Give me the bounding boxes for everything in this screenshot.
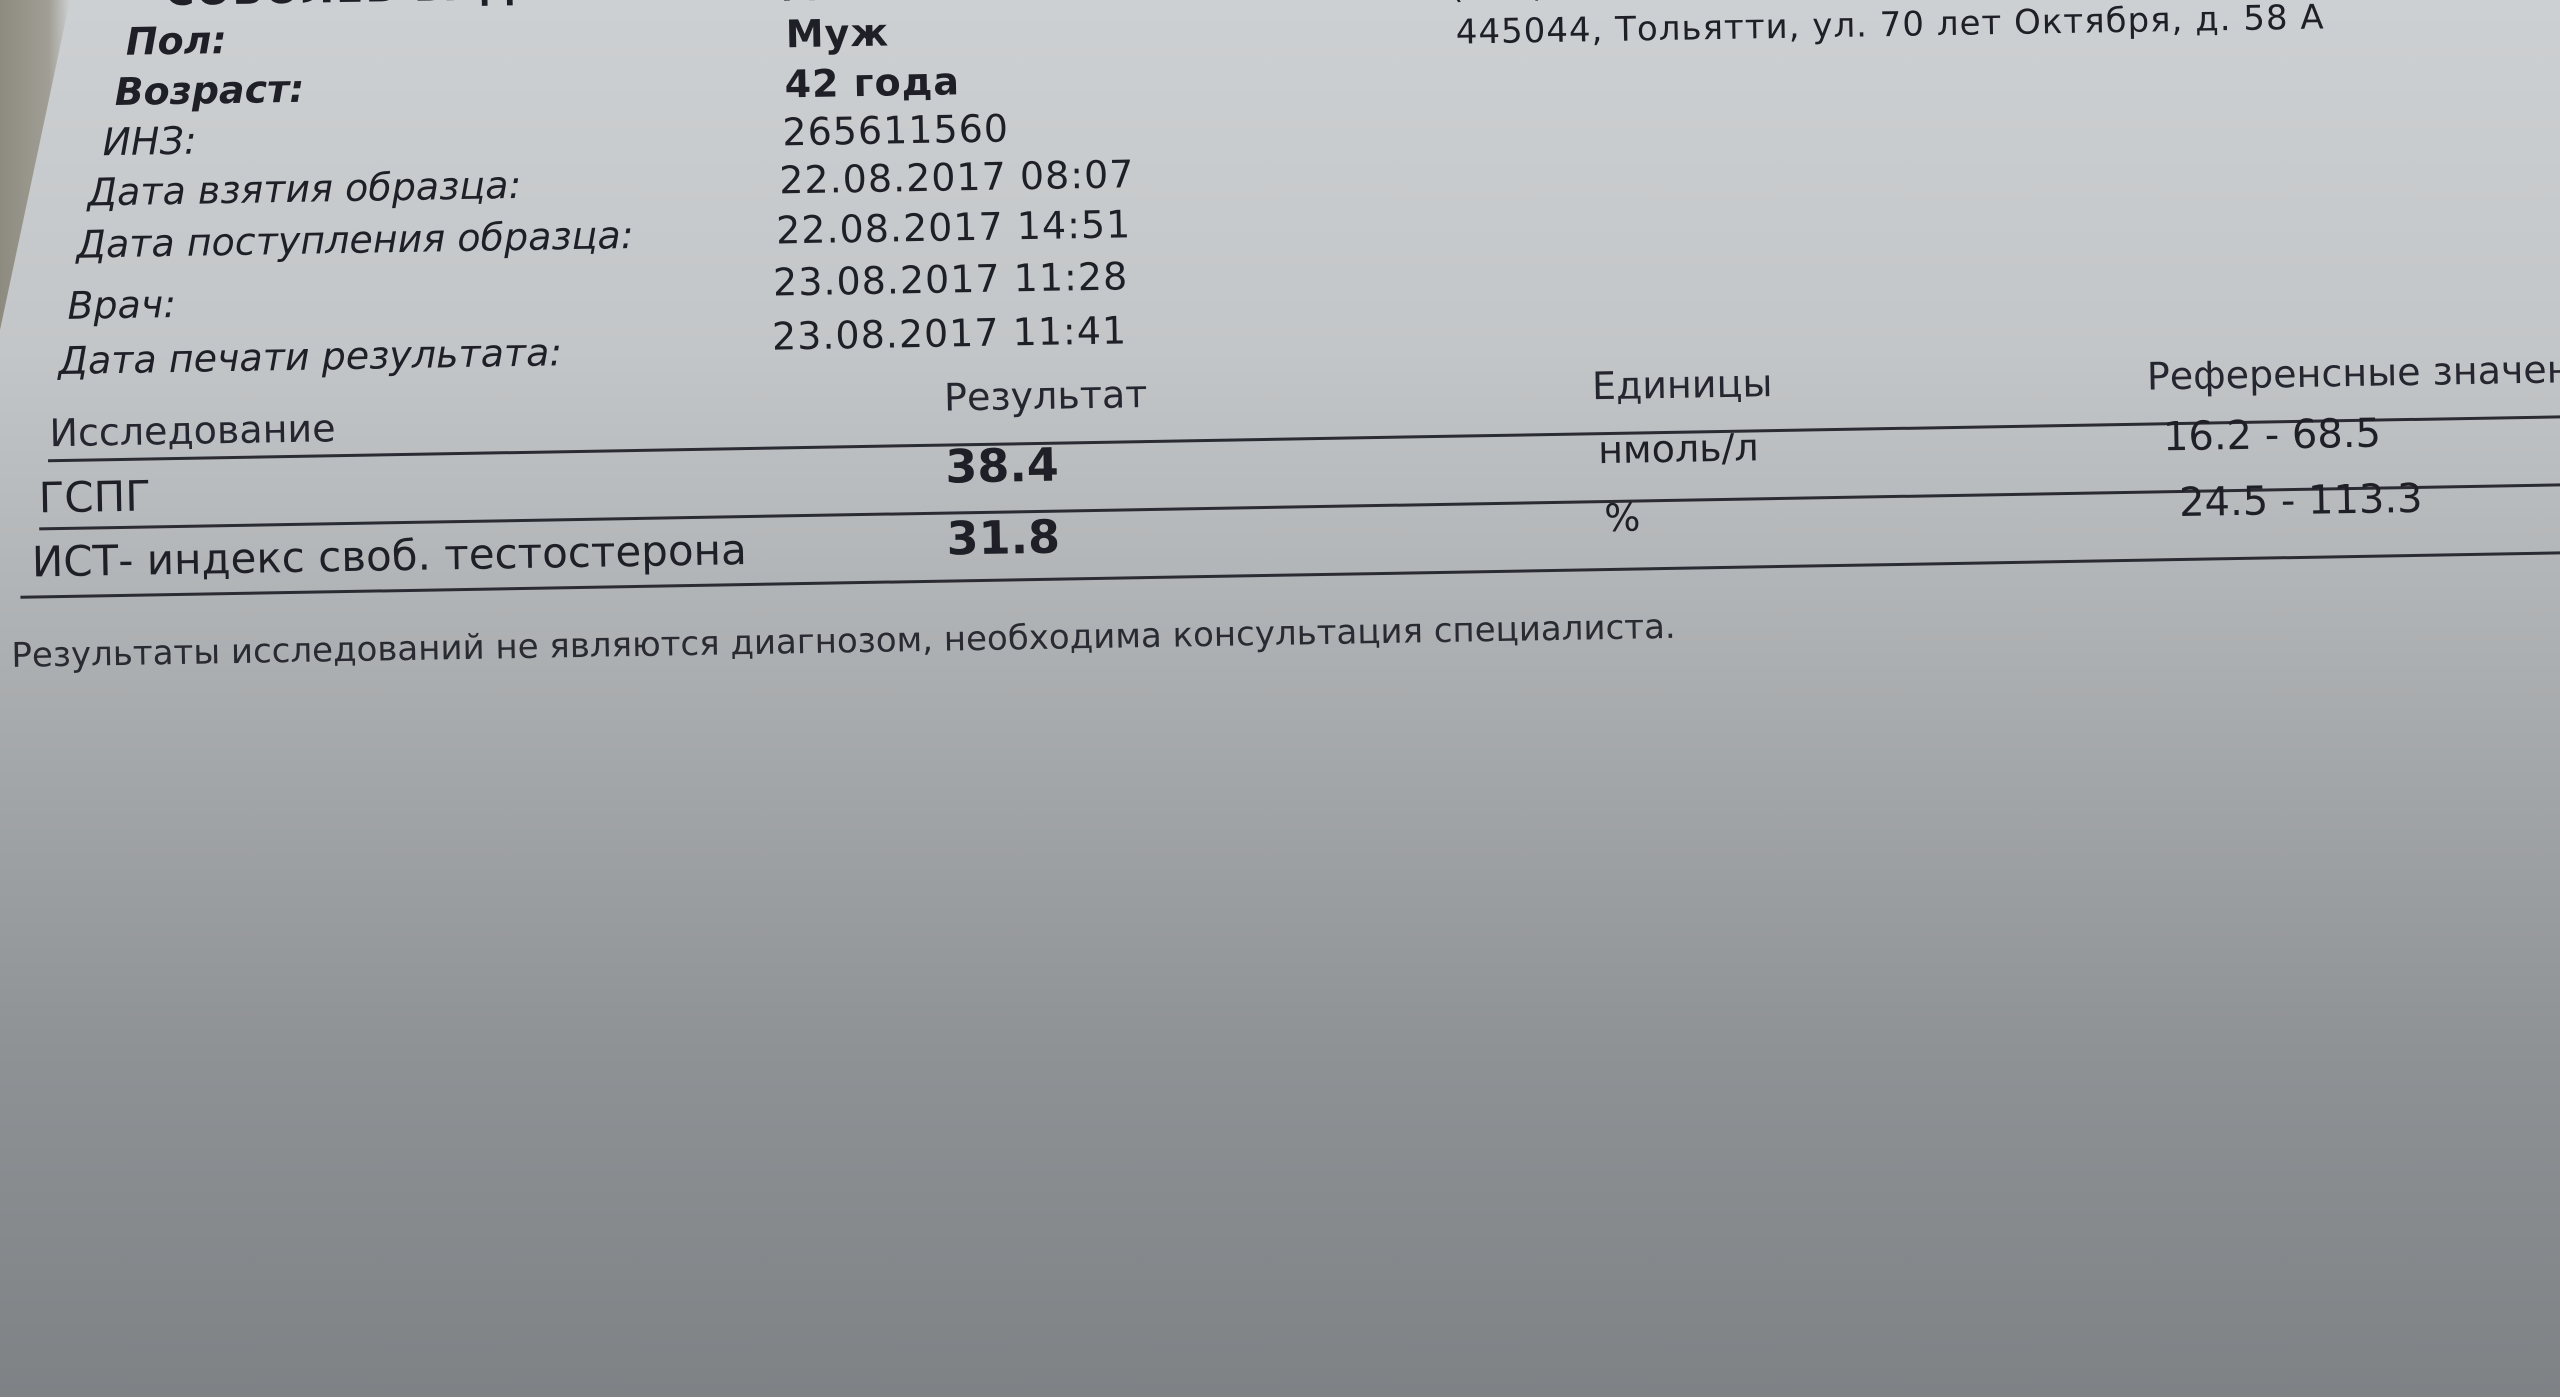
inz-label: ИНЗ:: [102, 119, 197, 165]
lab-report: СОБОЛЕВ ВАДИМ ЛЕОНИДОВИЧ (846) 273-88-58…: [0, 0, 2560, 1397]
sample-received-value: 22.08.2017 14:51: [776, 202, 1132, 252]
row-reference: 24.5 - 113.3: [2179, 476, 2423, 526]
header-reference: Референсные значени: [2147, 347, 2560, 399]
sample-taken-value: 22.08.2017 08:07: [779, 152, 1135, 202]
inz-value: 265611560: [782, 106, 1009, 154]
doctor-label: Врач:: [67, 282, 176, 328]
print-date-value: 23.08.2017 11:41: [772, 308, 1128, 358]
row-reference: 16.2 - 68.5: [2163, 411, 2382, 461]
row-units: %: [1604, 495, 1641, 540]
row-units: нмоль/л: [1598, 425, 1759, 472]
age-value: 42 года: [784, 59, 960, 106]
sex-label: Пол:: [125, 18, 227, 64]
doctor-value: 23.08.2017 11:28: [773, 254, 1129, 304]
disclaimer: Результаты исследований не являются диаг…: [11, 607, 1676, 676]
row-test: ГСПГ: [38, 471, 151, 522]
sample-received-label: Дата поступления образца:: [76, 213, 634, 267]
sex-value: Муж: [785, 10, 889, 56]
row-result: 38.4: [945, 438, 1059, 494]
row-test: ИСТ- индекс своб. тестостерона: [31, 525, 747, 586]
age-label: Возраст:: [114, 67, 304, 114]
lab-address: 445044, Тольятти, ул. 70 лет Октября, д.…: [1455, 0, 2325, 53]
header-test: Исследование: [49, 406, 336, 455]
print-date-label: Дата печати результата:: [58, 330, 563, 383]
sample-taken-label: Дата взятия образца:: [87, 163, 522, 215]
header-result: Результат: [944, 372, 1148, 420]
lab-phone: (846) 273-88-58: [1450, 0, 1744, 7]
header-units: Единицы: [1592, 361, 1773, 408]
row-result: 31.8: [946, 510, 1060, 566]
